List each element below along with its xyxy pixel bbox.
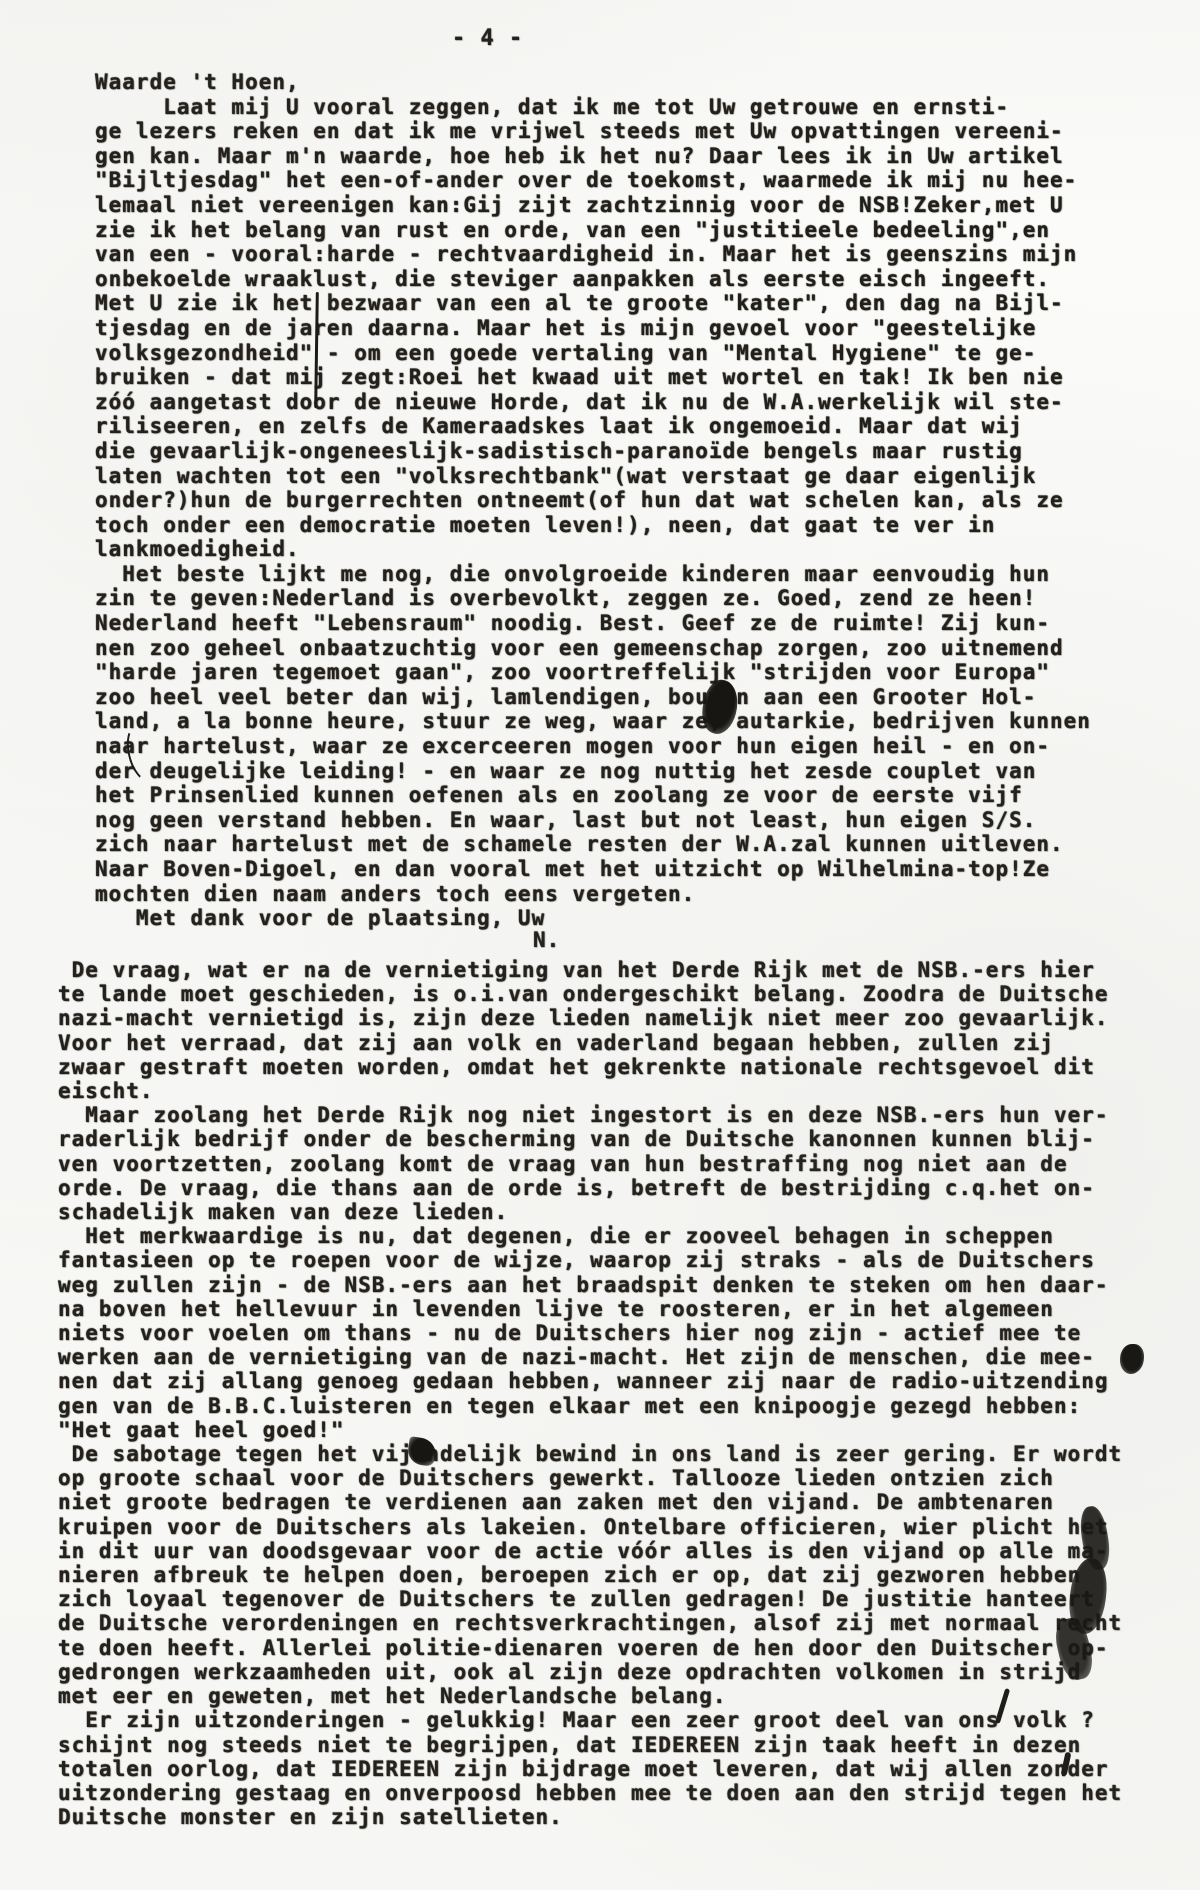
article-line: kruipen voor de Duitschers als lakeien. …: [58, 1515, 1122, 1539]
article-line: schadelijk maken van deze lieden.: [58, 1200, 1122, 1224]
letter-line: lemaal niet vereenigen kan:Gij zijt zach…: [95, 193, 1091, 218]
letter-line: ge lezers reken en dat ik me vrijwel ste…: [95, 119, 1091, 144]
letter-line: zoo heel veel beter dan wij, lamlendigen…: [95, 685, 1091, 710]
article-line: orde. De vraag, die thans aan de orde is…: [58, 1176, 1122, 1200]
letter-section: Waarde 't Hoen, Laat mij U vooral zeggen…: [95, 70, 1091, 931]
article-line: gedrongen werkzaamheden uit, ook al zijn…: [58, 1660, 1122, 1684]
ink-blot: [1120, 1344, 1144, 1374]
letter-line: zie ik het belang van rust en orde, van …: [95, 218, 1091, 243]
letter-line: "Bijltjesdag" het een-of-ander over de t…: [95, 168, 1091, 193]
letter-line: onder?)hun de burgerrechten ontneemt(of …: [95, 488, 1091, 513]
article-line: werken aan de vernietiging van de nazi-m…: [58, 1345, 1122, 1369]
article-line: Er zijn uitzonderingen - gelukkig! Maar …: [58, 1708, 1122, 1732]
article-line: met eer en geweten, met het Nederlandsch…: [58, 1684, 1122, 1708]
article-line: gen van de B.B.C.luisteren en tegen elka…: [58, 1394, 1122, 1418]
letter-line: zóó aangetast door de nieuwe Horde, dat …: [95, 390, 1091, 415]
letter-line: toch onder een democratie moeten leven!)…: [95, 513, 1091, 538]
letter-line: zich naar hartelust met de schamele rest…: [95, 832, 1091, 857]
letter-line: Nederland heeft "Lebensraum" noodig. Bes…: [95, 611, 1091, 636]
article-line: op groote schaal voor de Duitschers gewe…: [58, 1466, 1122, 1490]
letter-line: gen kan. Maar m'n waarde, hoe heb ik het…: [95, 144, 1091, 169]
letter-line: "harde jaren tegemoet gaan", zoo voortre…: [95, 660, 1091, 685]
article-line: weg zullen zijn - de NSB.-ers aan het br…: [58, 1273, 1122, 1297]
letter-line: die gevaarlijk-ongeneeslijk-sadistisch-p…: [95, 439, 1091, 464]
article-line: uitzondering gestaag en onverpoosd hebbe…: [58, 1781, 1122, 1805]
letter-line: nog geen verstand hebben. En waar, last …: [95, 808, 1091, 833]
article-line: fantasieen op te roepen voor de wijze, w…: [58, 1248, 1122, 1272]
article-line: nen dat zij allang genoeg gedaan hebben,…: [58, 1369, 1122, 1393]
article-line: De sabotage tegen het vijandelijk bewind…: [58, 1442, 1122, 1466]
letter-line: nen zoo geheel onbaatzuchtig voor een ge…: [95, 636, 1091, 661]
article-line: na boven het hellevuur in levenden lijve…: [58, 1297, 1122, 1321]
article-line: de Duitsche verordeningen en rechtsverkr…: [58, 1611, 1122, 1635]
letter-line: zin te geven:Nederland is overbevolkt, z…: [95, 586, 1091, 611]
letter-line: het Prinsenlied kunnen oefenen als en zo…: [95, 783, 1091, 808]
signature: N.: [533, 928, 560, 952]
letter-line: Naar Boven-Digoel, en dan vooral met het…: [95, 857, 1091, 882]
article-line: nieren afbreuk te helpen doen, beroepen …: [58, 1563, 1122, 1587]
article-line: niet groote bedragen te verdienen aan za…: [58, 1490, 1122, 1514]
letter-line: tjesdag en de jaren daarna. Maar het is …: [95, 316, 1091, 341]
page-number: - 4 -: [452, 26, 523, 51]
article-line: te lande moet geschieden, is o.i.van ond…: [58, 982, 1122, 1006]
letter-line: volksgezondheid" - om een goede vertalin…: [95, 341, 1091, 366]
article-line: nazi-macht vernietigd is, zijn deze lied…: [58, 1006, 1122, 1030]
article-line: zich loyaal tegenover de Duitschers te z…: [58, 1587, 1122, 1611]
article-line: "Het gaat heel goed!": [58, 1418, 1122, 1442]
article-line: Duitsche monster en zijn satellieten.: [58, 1805, 1122, 1829]
letter-line: Laat mij U vooral zeggen, dat ik me tot …: [95, 95, 1091, 120]
article-line: Maar zoolang het Derde Rijk nog niet ing…: [58, 1103, 1122, 1127]
letter-line: riliseeren, en zelfs de Kameraadskes laa…: [95, 414, 1091, 439]
article-line: Het merkwaardige is nu, dat degenen, die…: [58, 1224, 1122, 1248]
article-line: niets voor voelen om thans - nu de Duits…: [58, 1321, 1122, 1345]
letter-line: Waarde 't Hoen,: [95, 70, 1091, 95]
letter-line: naar hartelust, waar ze excerceeren moge…: [95, 734, 1091, 759]
letter-line: Met U zie ik het bezwaar van een al te g…: [95, 291, 1091, 316]
letter-line: Het beste lijkt me nog, die onvolgroeide…: [95, 562, 1091, 587]
article-line: te doen heeft. Allerlei politie-dienaren…: [58, 1636, 1122, 1660]
article-line: in dit uur van doodsgevaar voor de actie…: [58, 1539, 1122, 1563]
article-line: zwaar gestraft moeten worden, omdat het …: [58, 1055, 1122, 1079]
letter-line: mochten dien naam anders toch eens verge…: [95, 882, 1091, 907]
article-line: schijnt nog steeds niet te begrijpen, da…: [58, 1733, 1122, 1757]
letter-line: van een - vooral:harde - rechtvaardighei…: [95, 242, 1091, 267]
letter-line: laten wachten tot een "volksrechtbank"(w…: [95, 464, 1091, 489]
article-line: Voor het verraad, dat zij aan volk en va…: [58, 1031, 1122, 1055]
article-line: totalen oorlog, dat IEDEREEN zijn bijdra…: [58, 1757, 1122, 1781]
article-line: De vraag, wat er na de vernietiging van …: [58, 958, 1122, 982]
article-line: raderlijk bedrijf onder de bescherming v…: [58, 1127, 1122, 1151]
letter-line: bruiken - dat mij zegt:Roei het kwaad ui…: [95, 365, 1091, 390]
document-page: - 4 - Waarde 't Hoen, Laat mij U vooral …: [0, 0, 1200, 1890]
article-line: eischt.: [58, 1079, 1122, 1103]
letter-line: lankmoedigheid.: [95, 537, 1091, 562]
letter-line: der deugelijke leiding! - en waar ze nog…: [95, 759, 1091, 784]
letter-line: Met dank voor de plaatsing, Uw: [95, 906, 1091, 931]
letter-line: onbekoelde wraaklust, die steviger aanpa…: [95, 267, 1091, 292]
article-line: ven voortzetten, zoolang komt de vraag v…: [58, 1152, 1122, 1176]
letter-line: land, a la bonne heure, stuur ze weg, wa…: [95, 709, 1091, 734]
article-section: De vraag, wat er na de vernietiging van …: [58, 958, 1122, 1829]
